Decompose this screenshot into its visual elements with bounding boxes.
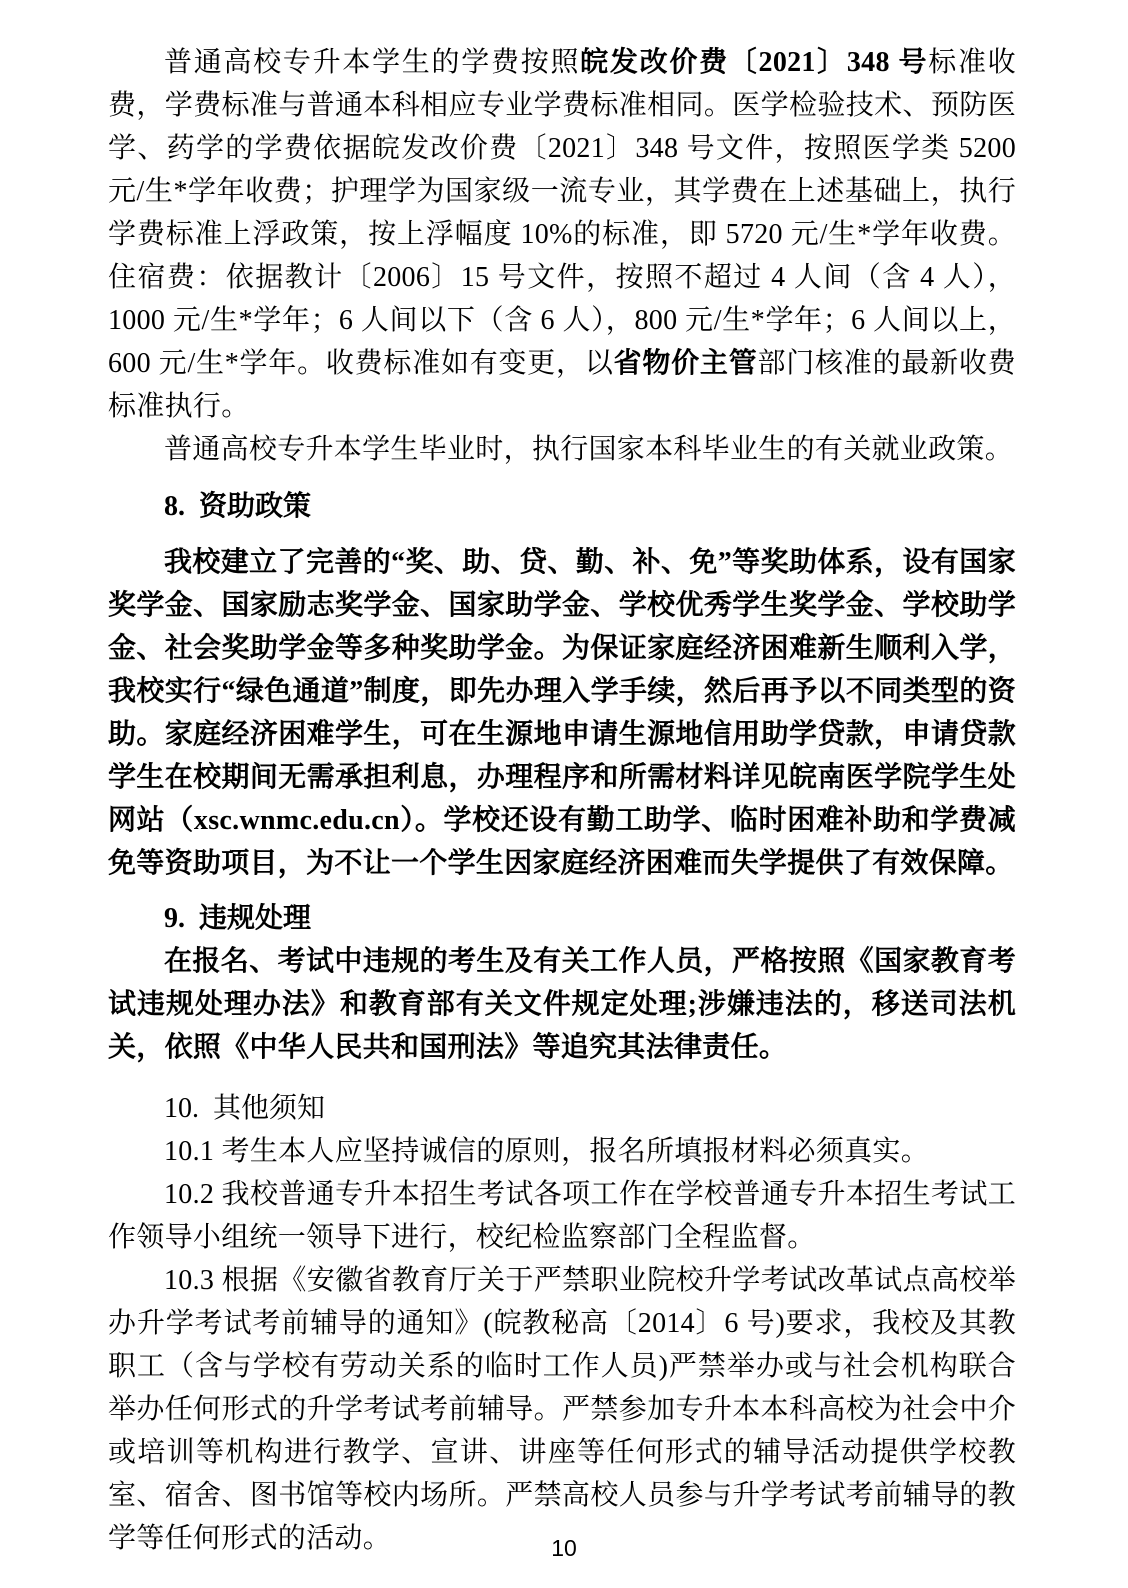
section-8-heading: 8. 资助政策: [108, 485, 1016, 528]
section-10-item-1: 10.1 考生本人应坚持诚信的原则，报名所填报材料必须真实。: [108, 1130, 1016, 1173]
paragraph-tuition: 普通高校专升本学生的学费按照皖发改价费〔2021〕348 号标准收费，学费标准与…: [108, 41, 1016, 428]
tuition-text-run: 标准收费，学费标准与普通本科相应专业学费标准相同。医学检验技术、预防医学、药学的…: [108, 47, 1016, 379]
section-10-item-2: 10.2 我校普通专升本招生考试各项工作在学校普通专升本招生考试工作领导小组统一…: [108, 1173, 1016, 1259]
page-number: 10: [0, 1535, 1128, 1562]
document-page: 普通高校专升本学生的学费按照皖发改价费〔2021〕348 号标准收费，学费标准与…: [0, 0, 1128, 1588]
document-content: 普通高校专升本学生的学费按照皖发改价费〔2021〕348 号标准收费，学费标准与…: [0, 0, 1128, 1560]
tuition-doc-number-bold: 皖发改价费〔2021〕348 号: [580, 47, 928, 78]
tuition-text-run: 普通高校专升本学生的学费按照: [164, 47, 580, 78]
section-10-heading: 10. 其他须知: [108, 1087, 1016, 1130]
paragraph-graduation: 普通高校专升本学生毕业时，执行国家本科毕业生的有关就业政策。: [108, 428, 1016, 471]
tuition-authority-bold: 省物价主管: [614, 348, 758, 379]
section-9-heading: 9. 违规处理: [108, 897, 1016, 940]
section-10-item-3: 10.3 根据《安徽省教育厅关于严禁职业院校升学考试改革试点高校举办升学考试考前…: [108, 1259, 1016, 1560]
section-8-body: 我校建立了完善的“奖、助、贷、勤、补、免”等奖助体系，设有国家奖学金、国家励志奖…: [108, 541, 1016, 885]
section-9-body: 在报名、考试中违规的考生及有关工作人员，严格按照《国家教育考试违规处理办法》和教…: [108, 940, 1016, 1069]
